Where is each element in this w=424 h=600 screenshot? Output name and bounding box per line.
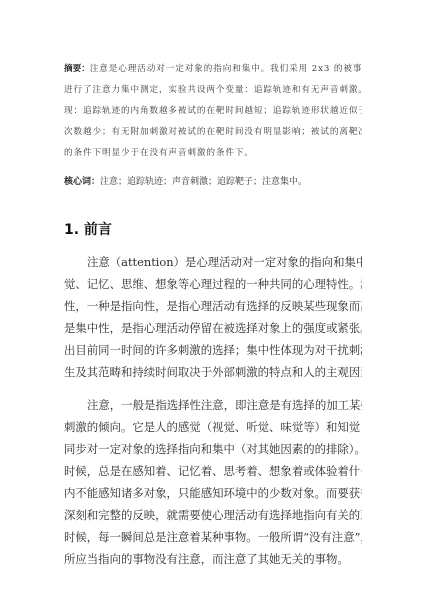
- section-heading: 1. 前言: [64, 220, 112, 240]
- text-line: 生及其范畴和持续时间取决于外部刺激的特点和人的主观因素。: [64, 361, 362, 383]
- abstract-text: 注意是心理活动对一定对象的指向和集中。我们采用 2x3 的被事内设计对 18 名…: [90, 64, 362, 74]
- abstract-line: 的条件下明显少于在没有声音刺激的条件下。: [64, 143, 362, 164]
- text-line: 刺激的倾向。它是人的感觉（视觉、听觉、味觉等）和知觉（意识、思维等）: [64, 416, 362, 438]
- body-text: 注意（attention）是心理活动对一定对象的指向和集中。是随着着感知 觉、记…: [64, 251, 362, 581]
- keywords-label: 核心词：: [64, 177, 100, 187]
- text-line: 同步对一定对象的选择指向和集中（对其她因素的的排除）。人在注意着什么的: [64, 438, 362, 460]
- text-line: 所应当指向的事物没有注意，而注意了其她无关的事物。: [64, 548, 362, 570]
- text-line: 时候，每一瞬间总是注意着某种事物。一般所谓“没有注意”，只但是是对目前: [64, 526, 362, 548]
- document-page: 摘要：注意是心理活动对一定对象的指向和集中。我们采用 2x3 的被事内设计对 1…: [0, 0, 424, 600]
- text-line: 注意（attention）是心理活动对一定对象的指向和集中。是随着着感知: [64, 251, 362, 273]
- paragraph: 注意（attention）是心理活动对一定对象的指向和集中。是随着着感知 觉、记…: [64, 251, 362, 383]
- keywords-text: 注意；追踪轨迹；声音刺激；追踪靶子；注意集中。: [100, 177, 307, 187]
- keywords-line: 核心词：注意；追踪轨迹；声音刺激；追踪靶子；注意集中。: [64, 173, 362, 191]
- abstract-label: 摘要：: [64, 64, 90, 74]
- abstract-line: 次数越少；有无附加刺激对被试的在靶时间没有明显影响；被试的离靶次数在有声音刺激: [64, 122, 362, 143]
- text-line: 出目前同一时间的许多刺激的选择；集中性体现为对干扰刺激的克制。它的产: [64, 339, 362, 361]
- text-line: 时候，总是在感知着、记忆着、思考着、想象着或体验着什么。人在同一时间: [64, 460, 362, 482]
- text-line: 觉、记忆、思维、想象等心理过程的一种共同的心理特性。注意有两个基本特: [64, 273, 362, 295]
- abstract-line: 进行了注意力集中测定，实验共设两个变量：追踪轨迹和有无声音刺激。根据实验成果发: [64, 80, 362, 101]
- paragraph: 注意，一般是指选择性注意，即注意是有选择的加工某些刺激而忽视其她 刺激的倾向。它…: [64, 394, 362, 570]
- text-line: 内不能感知诸多对象，只能感知环境中的少数对象。而要获得对事物的清晰、: [64, 482, 362, 504]
- text-line: 深刻和完整的反映，就需要使心理活动有选择地指向有关的对象。人在苏醒的: [64, 504, 362, 526]
- text-line: 注意，一般是指选择性注意，即注意是有选择的加工某些刺激而忽视其她: [64, 394, 362, 416]
- text-line: 是集中性，是指心理活动停留在被选择对象上的强度或紧张。指向性体现为对: [64, 317, 362, 339]
- text-line: 性，一种是指向性，是指心理活动有选择的反映某些现象而离开其他对象。二: [64, 295, 362, 317]
- abstract-line: 现：追踪轨迹的内角数越多被试的在靶时间越短；追踪轨迹形状越近似于圆，被试的离靶: [64, 101, 362, 122]
- abstract-line: 摘要：注意是心理活动对一定对象的指向和集中。我们采用 2x3 的被事内设计对 1…: [64, 59, 362, 80]
- abstract-block: 摘要：注意是心理活动对一定对象的指向和集中。我们采用 2x3 的被事内设计对 1…: [64, 59, 362, 164]
